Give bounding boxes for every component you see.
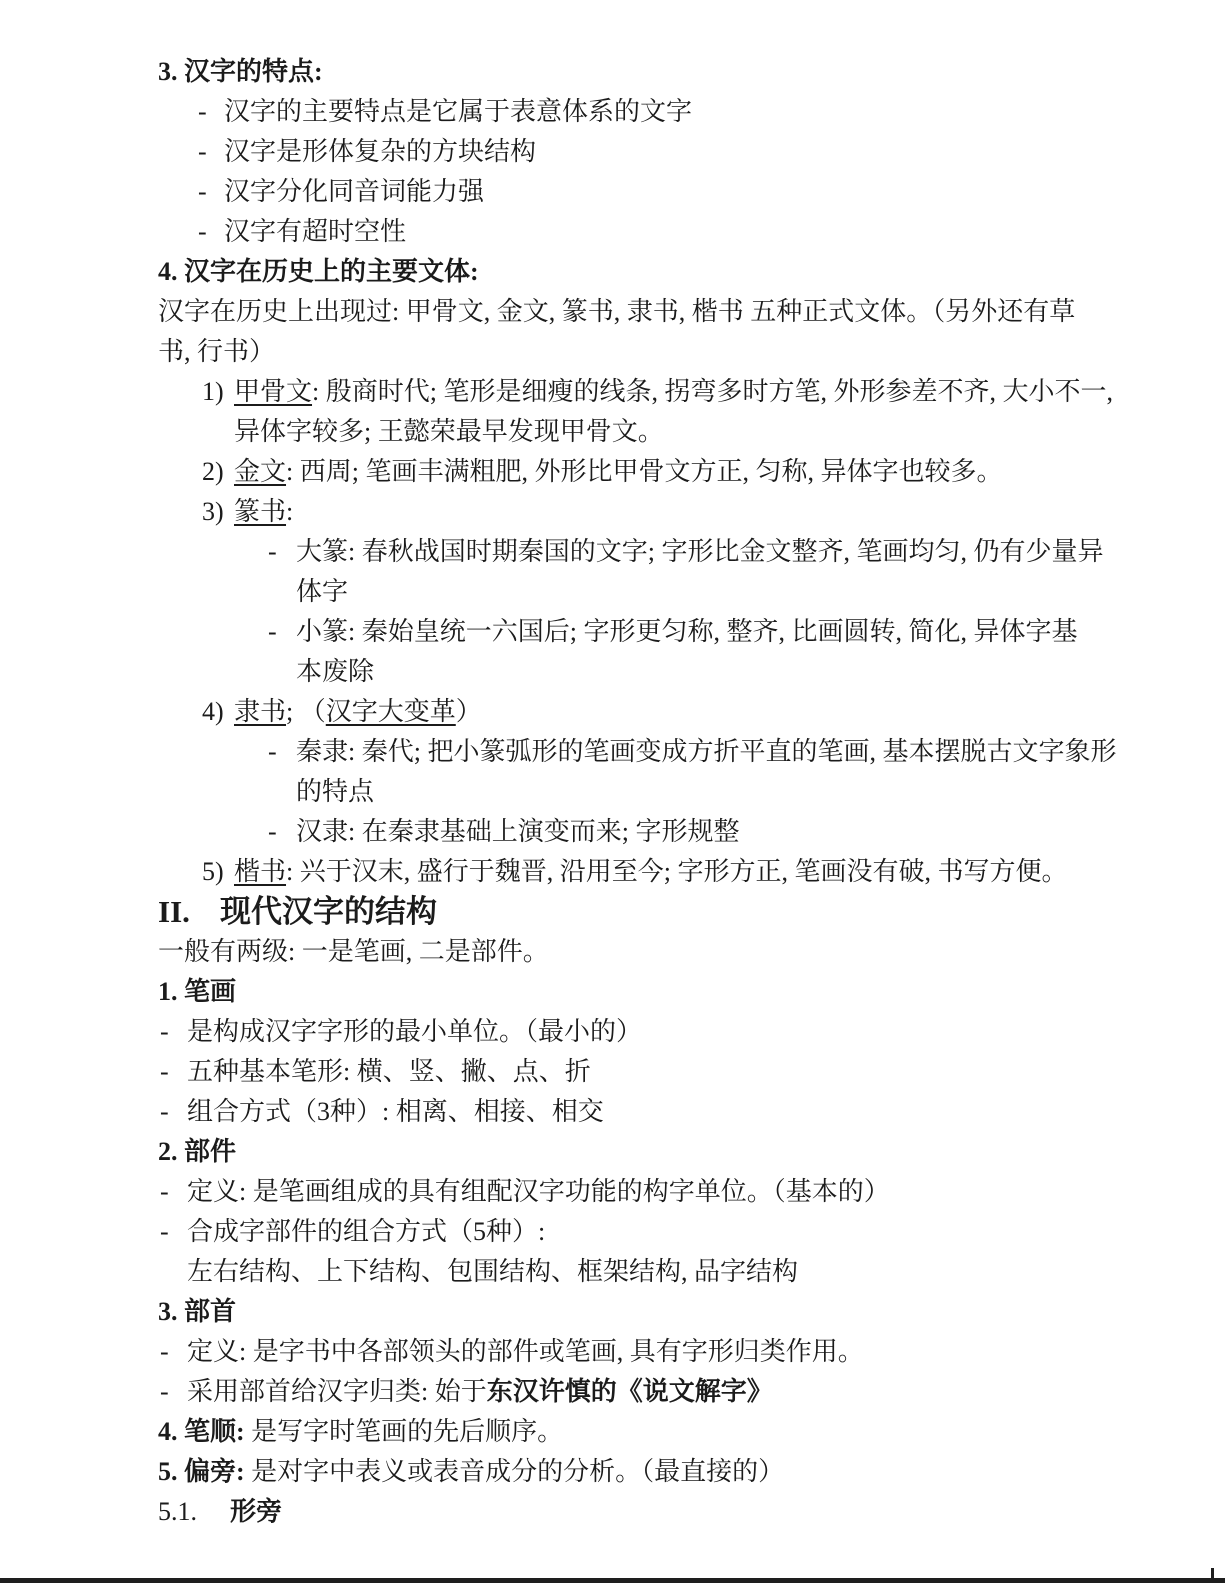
text-run: 5. 偏旁: (158, 1452, 245, 1492)
continuation-line: 左右结构、上下结构、包围结构、框架结构, 品字结构 (0, 1252, 1225, 1292)
paragraph-line: 一般有两级: 一是笔画, 二是部件。 (0, 932, 1225, 972)
text-run: 秦隶: 秦代; 把小篆弧形的笔画变成方折平直的笔画, 基本摆脱古文字象形 (296, 732, 1116, 772)
text-run: : 兴于汉末, 盛行于魏晋, 沿用至今; 字形方正, 笔画没有破, 书写方便。 (286, 852, 1067, 892)
text-run: 4. 笔顺: (158, 1412, 245, 1452)
numbered-subheading: 5.1.形旁 (0, 1492, 1225, 1532)
bullet-line: -五种基本笔形: 横、竖、撇、点、折 (0, 1052, 1225, 1092)
bullet-line: -定义: 是笔画组成的具有组配汉字功能的构字单位。（基本的） (0, 1172, 1225, 1212)
text-run: 是构成汉字字形的最小单位。（最小的） (187, 1012, 642, 1052)
text-run: 体字 (296, 572, 348, 612)
text-run: 本废除 (296, 652, 374, 692)
page-boundary-tick (1211, 1568, 1214, 1579)
text-run: 汉隶: 在秦隶基础上演变而来; 字形规整 (296, 812, 739, 852)
section-heading: 3. 部首 (0, 1292, 1225, 1332)
text-run: 定义: 是字书中各部领头的部件或笔画, 具有字形归类作用。 (187, 1332, 864, 1372)
text-run: 汉字在历史上出现过: 甲骨文, 金文, 篆书, 隶书, 楷书 五种正式文体。（另… (158, 292, 1075, 332)
text-run: 隶书 (234, 692, 286, 732)
dash-marker: - (198, 212, 224, 252)
numbered-line: 1)甲骨文: 殷商时代; 笔形是细瘦的线条, 拐弯多时方笔, 外形参差不齐, 大… (0, 372, 1225, 412)
dash-marker: - (160, 1092, 187, 1132)
section-heading: 3. 汉字的特点: (0, 52, 1225, 92)
number-marker: 1) (202, 372, 234, 412)
number-marker: 2) (202, 452, 234, 492)
dash-marker: - (268, 732, 296, 772)
section-heading: 4. 笔顺: 是写字时笔画的先后顺序。 (0, 1412, 1225, 1452)
continuation-line: 本废除 (0, 652, 1225, 692)
bullet-line: -是构成汉字字形的最小单位。（最小的） (0, 1012, 1225, 1052)
text-run: 形旁 (230, 1492, 282, 1532)
numbered-line: 3)篆书: (0, 492, 1225, 532)
dash-marker: - (268, 532, 296, 572)
sub-bullet-line: -秦隶: 秦代; 把小篆弧形的笔画变成方折平直的笔画, 基本摆脱古文字象形 (0, 732, 1225, 772)
text-run: 4. 汉字在历史上的主要文体: (158, 252, 479, 292)
section-heading: 1. 笔画 (0, 972, 1225, 1012)
section-heading: 2. 部件 (0, 1132, 1225, 1172)
text-run: 左右结构、上下结构、包围结构、框架结构, 品字结构 (187, 1252, 798, 1292)
text-run: 书, 行书） (158, 332, 275, 372)
text-run: ） (456, 692, 482, 732)
sub-bullet-line: -汉隶: 在秦隶基础上演变而来; 字形规整 (0, 812, 1225, 852)
bullet-line: -组合方式（3种）: 相离、相接、相交 (0, 1092, 1225, 1132)
continuation-line: 的特点 (0, 772, 1225, 812)
text-run: 是写字时笔画的先后顺序。 (245, 1412, 564, 1452)
text-run: 汉字的主要特点是它属于表意体系的文字 (224, 92, 692, 132)
text-run: 甲骨文 (234, 372, 312, 412)
text-run: 采用部首给汉字归类: 始于 (187, 1372, 487, 1412)
text-run: 定义: 是笔画组成的具有组配汉字功能的构字单位。（基本的） (187, 1172, 890, 1212)
text-run: 汉字大变革 (326, 692, 456, 732)
dash-marker: - (160, 1012, 187, 1052)
text-run: 汉字是形体复杂的方块结构 (224, 132, 536, 172)
bullet-line: -合成字部件的组合方式（5种）: (0, 1212, 1225, 1252)
text-run: 大篆: 春秋战国时期秦国的文字; 字形比金文整齐, 笔画均匀, 仍有少量异 (296, 532, 1103, 572)
number-marker: 5) (202, 852, 234, 892)
section-heading: 4. 汉字在历史上的主要文体: (0, 252, 1225, 292)
text-run: 楷书 (234, 852, 286, 892)
dash-marker: - (198, 92, 224, 132)
number-marker: 3) (202, 492, 234, 532)
dash-marker: - (160, 1172, 187, 1212)
continuation-line: 异体字较多; 王懿荣最早发现甲骨文。 (0, 412, 1225, 452)
text-run: 汉字分化同音词能力强 (224, 172, 484, 212)
text-run: 合成字部件的组合方式（5种）: (187, 1212, 545, 1252)
number-marker: 4) (202, 692, 234, 732)
dash-marker: - (198, 132, 224, 172)
document-body: 3. 汉字的特点:-汉字的主要特点是它属于表意体系的文字-汉字是形体复杂的方块结… (0, 52, 1225, 1532)
text-run: : (286, 492, 293, 532)
text-run: 3. 汉字的特点: (158, 52, 323, 92)
bullet-line: -采用部首给汉字归类: 始于东汉许慎的《说文解字》 (0, 1372, 1225, 1412)
text-run: 的特点 (296, 772, 374, 812)
chapter-heading: II.现代汉字的结构 (0, 892, 1225, 932)
number-marker: 5.1. (158, 1492, 230, 1532)
document-page: 3. 汉字的特点:-汉字的主要特点是它属于表意体系的文字-汉字是形体复杂的方块结… (0, 0, 1225, 1585)
bullet-line: -汉字的主要特点是它属于表意体系的文字 (0, 92, 1225, 132)
section-heading: 5. 偏旁: 是对字中表义或表音成分的分析。（最直接的） (0, 1452, 1225, 1492)
continuation-line: 体字 (0, 572, 1225, 612)
sub-bullet-line: -大篆: 春秋战国时期秦国的文字; 字形比金文整齐, 笔画均匀, 仍有少量异 (0, 532, 1225, 572)
bullet-line: -汉字分化同音词能力强 (0, 172, 1225, 212)
text-run: 1. 笔画 (158, 972, 236, 1012)
numbered-line: 4)隶书; （汉字大变革） (0, 692, 1225, 732)
page-boundary-bar (0, 1578, 1225, 1583)
text-run: : 殷商时代; 笔形是细瘦的线条, 拐弯多时方笔, 外形参差不齐, 大小不一, (312, 372, 1113, 412)
text-run: 汉字有超时空性 (224, 212, 406, 252)
text-run: 现代汉字的结构 (220, 892, 437, 932)
text-run: 五种基本笔形: 横、竖、撇、点、折 (187, 1052, 591, 1092)
text-run: 小篆: 秦始皇统一六国后; 字形更匀称, 整齐, 比画圆转, 简化, 异体字基 (296, 612, 1077, 652)
number-marker: II. (158, 892, 220, 932)
text-run: 金文 (234, 452, 286, 492)
dash-marker: - (268, 812, 296, 852)
dash-marker: - (160, 1052, 187, 1092)
text-run: 一般有两级: 一是笔画, 二是部件。 (158, 932, 549, 972)
sub-bullet-line: -小篆: 秦始皇统一六国后; 字形更匀称, 整齐, 比画圆转, 简化, 异体字基 (0, 612, 1225, 652)
dash-marker: - (198, 172, 224, 212)
dash-marker: - (268, 612, 296, 652)
bullet-line: -汉字有超时空性 (0, 212, 1225, 252)
text-run: 东汉许慎的《说文解字》 (487, 1372, 773, 1412)
numbered-line: 2)金文: 西周; 笔画丰满粗肥, 外形比甲骨文方正, 匀称, 异体字也较多。 (0, 452, 1225, 492)
dash-marker: - (160, 1212, 187, 1252)
dash-marker: - (160, 1332, 187, 1372)
text-run: 是对字中表义或表音成分的分析。（最直接的） (245, 1452, 785, 1492)
bullet-line: -定义: 是字书中各部领头的部件或笔画, 具有字形归类作用。 (0, 1332, 1225, 1372)
numbered-line: 5)楷书: 兴于汉末, 盛行于魏晋, 沿用至今; 字形方正, 笔画没有破, 书写… (0, 852, 1225, 892)
text-run: : 西周; 笔画丰满粗肥, 外形比甲骨文方正, 匀称, 异体字也较多。 (286, 452, 1002, 492)
bullet-line: -汉字是形体复杂的方块结构 (0, 132, 1225, 172)
text-run: 2. 部件 (158, 1132, 236, 1172)
text-run: 异体字较多; 王懿荣最早发现甲骨文。 (234, 412, 664, 452)
paragraph-line: 书, 行书） (0, 332, 1225, 372)
paragraph-line: 汉字在历史上出现过: 甲骨文, 金文, 篆书, 隶书, 楷书 五种正式文体。（另… (0, 292, 1225, 332)
dash-marker: - (160, 1372, 187, 1412)
text-run: 3. 部首 (158, 1292, 236, 1332)
text-run: ; （ (286, 692, 326, 732)
text-run: 篆书 (234, 492, 286, 532)
text-run: 组合方式（3种）: 相离、相接、相交 (187, 1092, 604, 1132)
